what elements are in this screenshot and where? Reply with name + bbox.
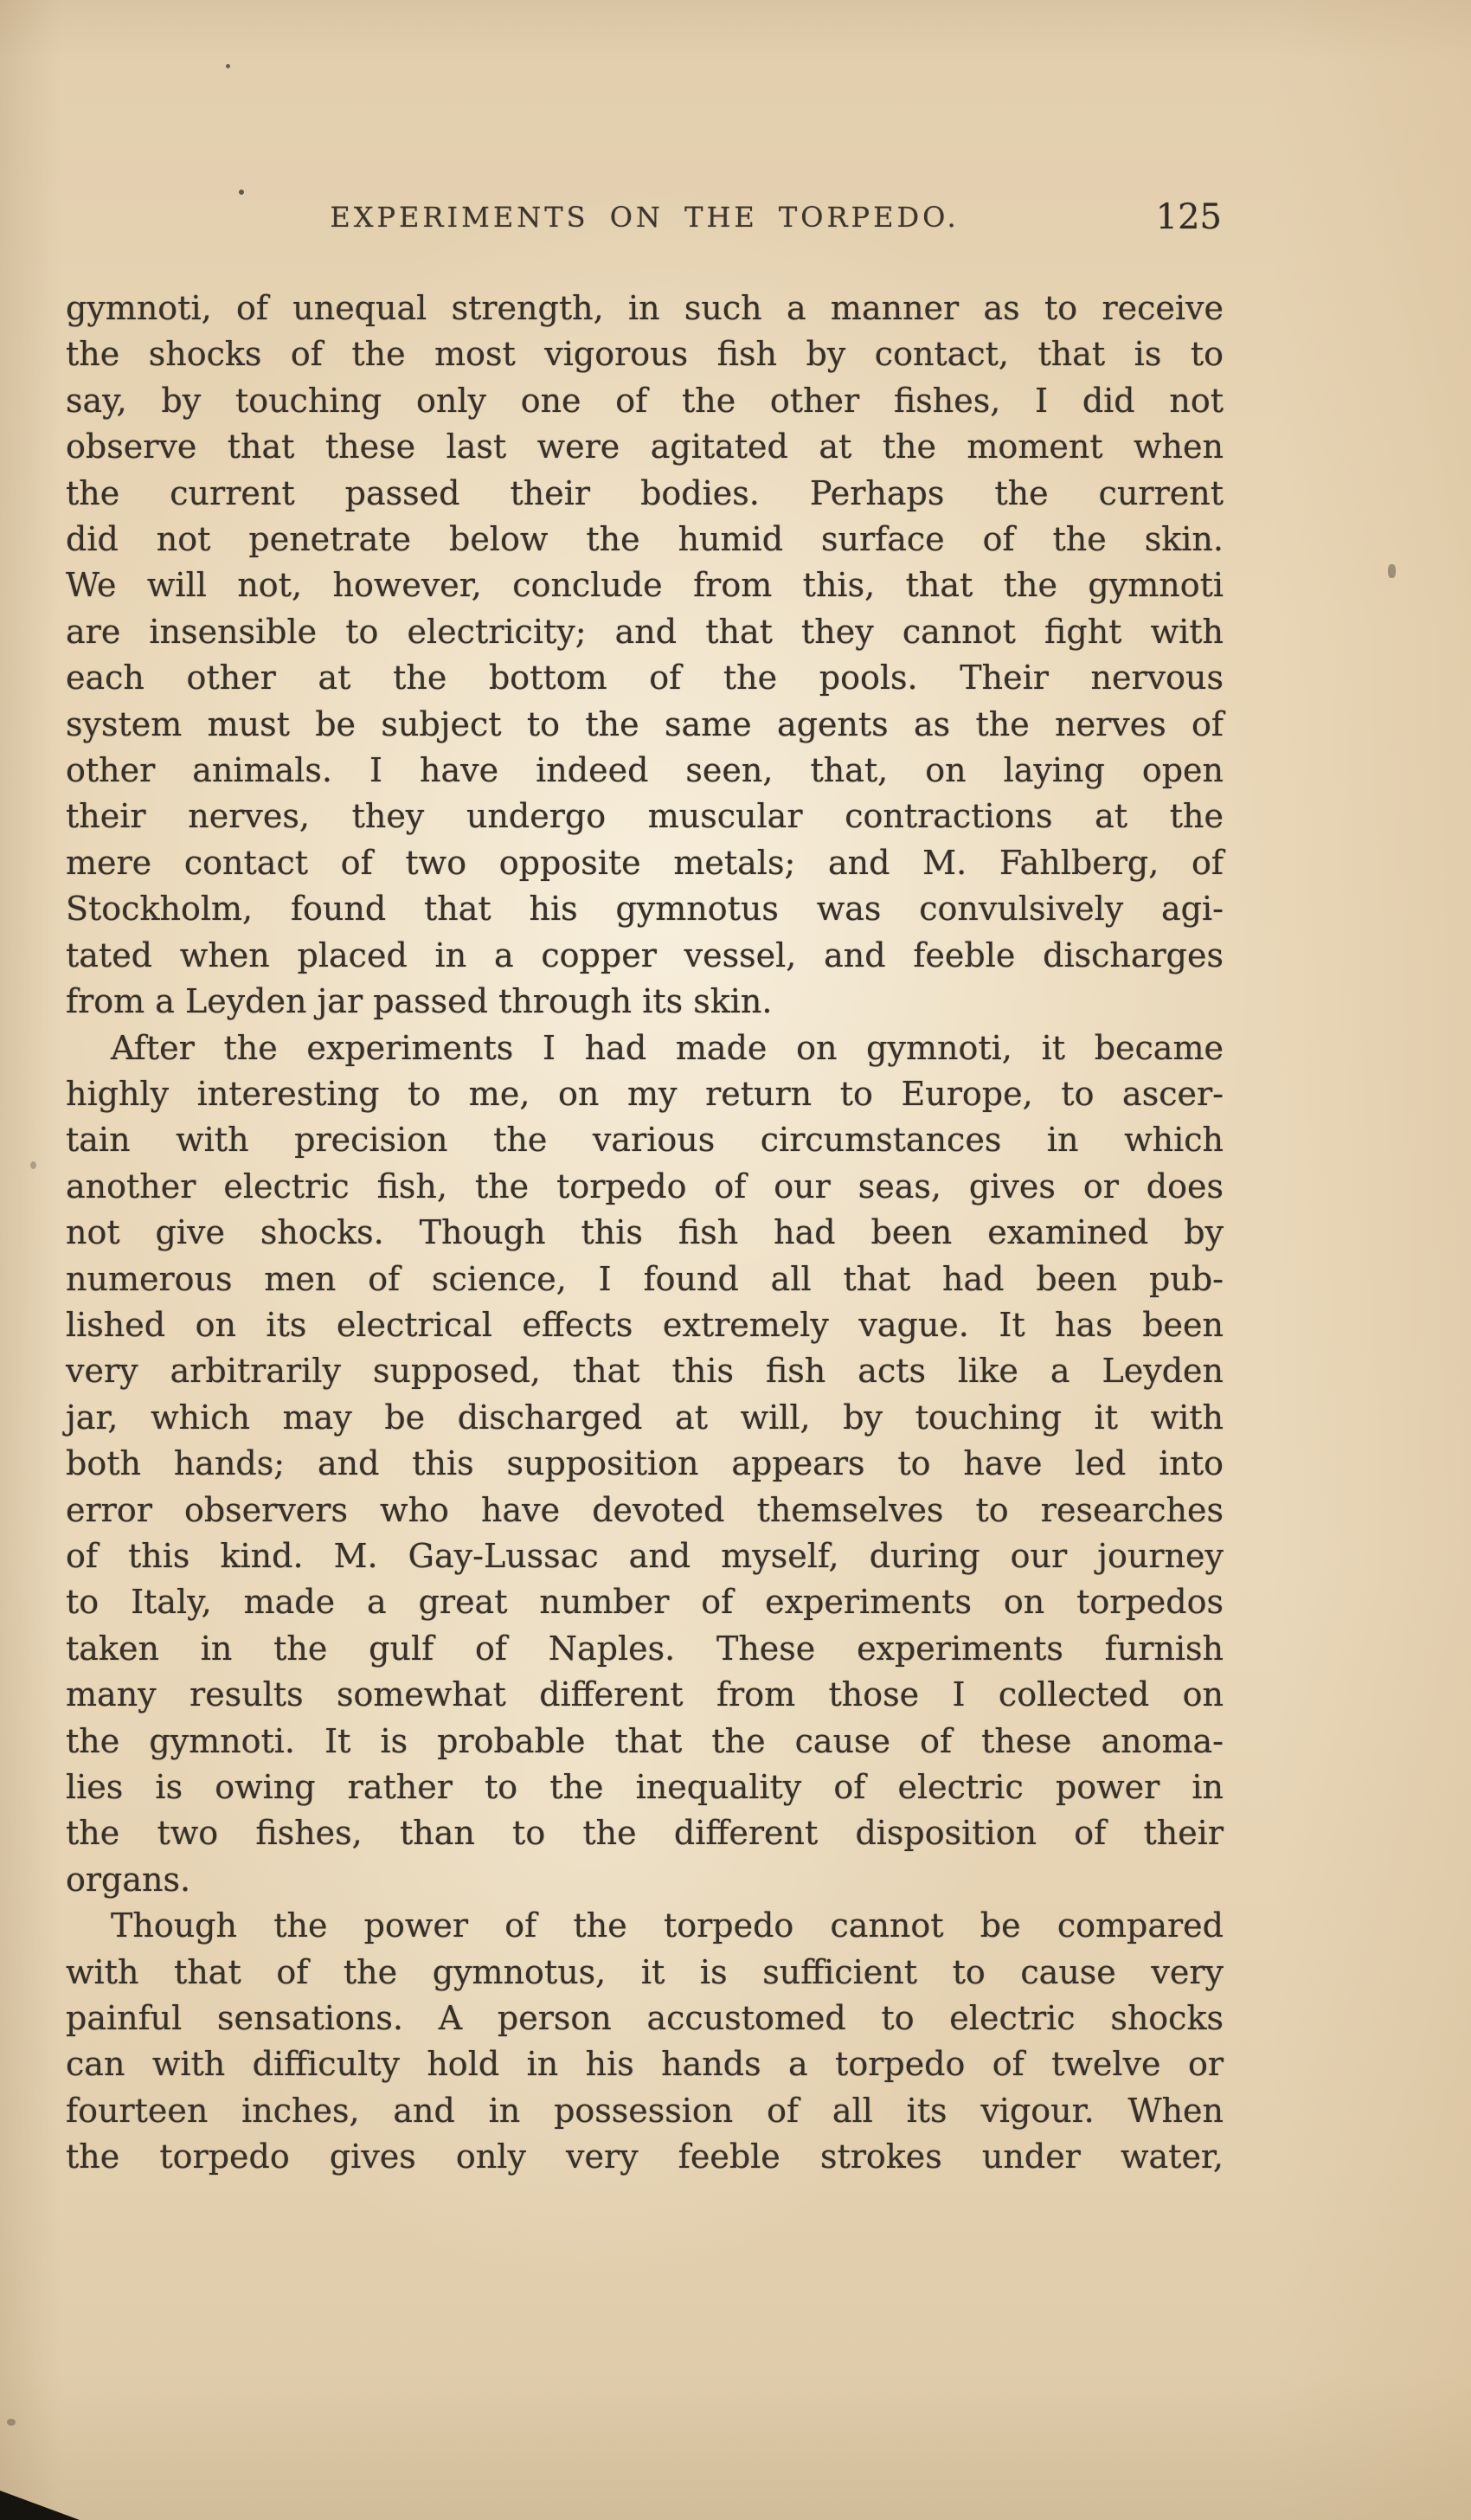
text-line: are insensible to electricity; and that … (66, 609, 1224, 655)
text-line: many results somewhat different from tho… (66, 1672, 1224, 1718)
text-line: to Italy, made a great number of experim… (66, 1579, 1224, 1625)
text-line: fourteen inches, and in possession of al… (66, 2088, 1224, 2134)
text-line: Though the power of the torpedo cannot b… (66, 1903, 1224, 1949)
text-line: highly interesting to me, on my return t… (66, 1071, 1224, 1117)
text-line: both hands; and this supposition appears… (66, 1441, 1224, 1487)
scan-shading-left (0, 0, 61, 2520)
text-line: We will not, however, conclude from this… (66, 562, 1224, 608)
paper-speck (239, 190, 244, 195)
text-line: each other at the bottom of the pools. T… (66, 655, 1224, 701)
text-line: say, by touching only one of the other f… (66, 378, 1224, 424)
text-line: After the experiments I had made on gymn… (66, 1025, 1224, 1071)
text-line: of this kind. M. Gay-Lussac and myself, … (66, 1533, 1224, 1579)
paper-speck (7, 2419, 16, 2426)
text-line: error observers who have devoted themsel… (66, 1488, 1224, 1533)
page-number: 125 (1156, 197, 1222, 237)
body-text-block: gymnoti, of unequal strength, in such a … (66, 286, 1224, 2181)
running-head-title: EXPERIMENTS ON THE TORPEDO. (66, 201, 1224, 234)
text-line: did not penetrate below the humid surfac… (66, 517, 1224, 562)
text-line: other animals. I have indeed seen, that,… (66, 748, 1224, 794)
text-line: system must be subject to the same agent… (66, 702, 1224, 748)
text-line: their nerves, they undergo muscular cont… (66, 794, 1224, 839)
text-line: mere contact of two opposite metals; and… (66, 840, 1224, 886)
text-line: the shocks of the most vigorous fish by … (66, 331, 1224, 377)
text-line: gymnoti, of unequal strength, in such a … (66, 286, 1224, 331)
text-line: organs. (66, 1857, 1224, 1903)
text-line: the two fishes, than to the different di… (66, 1810, 1224, 1856)
paragraph: Though the power of the torpedo cannot b… (66, 1903, 1224, 2180)
text-line: taken in the gulf of Naples. These exper… (66, 1626, 1224, 1672)
text-line: can with difficulty hold in his hands a … (66, 2041, 1224, 2087)
text-line: Stockholm, found that his gymnotus was c… (66, 886, 1224, 932)
text-line: very arbitrarily supposed, that this fis… (66, 1348, 1224, 1394)
running-head: EXPERIMENTS ON THE TORPEDO. 125 (66, 197, 1224, 249)
paper-speck (30, 1161, 36, 1169)
paragraph: gymnoti, of unequal strength, in such a … (66, 286, 1224, 1025)
book-page-scan: EXPERIMENTS ON THE TORPEDO. 125 gymnoti,… (0, 0, 1471, 2520)
text-line: observe that these last were agitated at… (66, 424, 1224, 470)
text-line: from a Leyden jar passed through its ski… (66, 979, 1224, 1025)
text-line: tated when placed in a copper vessel, an… (66, 933, 1224, 979)
text-line: tain with precision the various circumst… (66, 1117, 1224, 1163)
text-line: lies is owing rather to the inequality o… (66, 1765, 1224, 1810)
text-line: numerous men of science, I found all tha… (66, 1257, 1224, 1302)
paper-speck (1388, 564, 1396, 578)
text-line: with that of the gymnotus, it is suffici… (66, 1950, 1224, 1996)
text-line: lished on its electrical effects extreme… (66, 1302, 1224, 1348)
text-line: jar, which may be discharged at will, by… (66, 1395, 1224, 1441)
text-line: painful sensations. A person accustomed … (66, 1996, 1224, 2041)
paragraph: After the experiments I had made on gymn… (66, 1025, 1224, 1904)
scan-corner-artifact (0, 2491, 80, 2520)
scan-shading-right (1272, 0, 1471, 2520)
text-line: another electric fish, the torpedo of ou… (66, 1164, 1224, 1210)
scan-shading-bottom (0, 2373, 1471, 2520)
text-line: the torpedo gives only very feeble strok… (66, 2134, 1224, 2180)
text-line: the current passed their bodies. Perhaps… (66, 471, 1224, 517)
text-line: the gymnoti. It is probable that the cau… (66, 1719, 1224, 1765)
paper-speck (226, 64, 230, 68)
text-line: not give shocks. Though this fish had be… (66, 1210, 1224, 1256)
scan-shading-top (0, 0, 1471, 61)
